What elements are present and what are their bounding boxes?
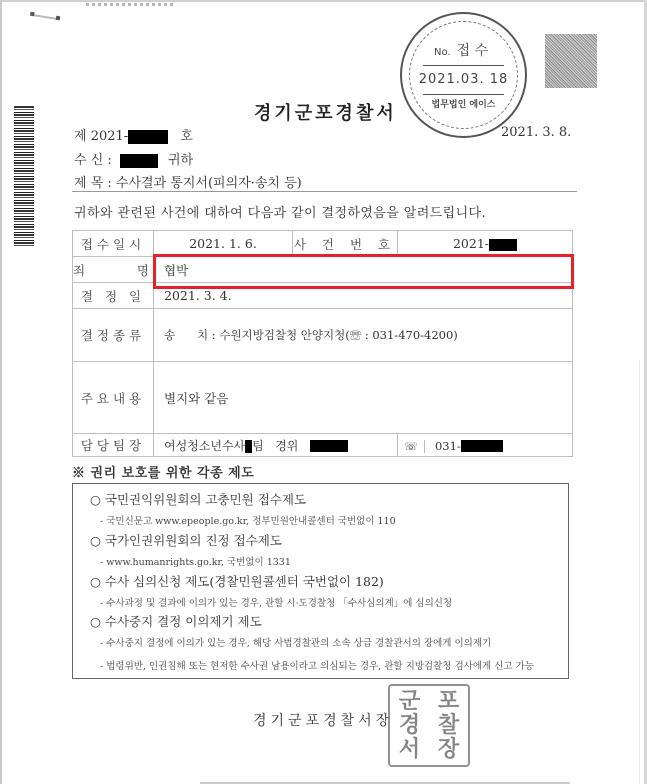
scan-artifact bbox=[639, 360, 640, 784]
rights-sub: - 수사과정 및 결과에 이의가 있는 경우, 관할 시·도경찰청 「수사심의계… bbox=[100, 595, 452, 609]
rights-sub: - 법령위반, 인권침해 또는 현저한 수사권 남용이라고 의심되는 경우, 관… bbox=[100, 658, 534, 672]
main-content-value: 별지와 같음 bbox=[154, 362, 573, 434]
seal-char: 경 bbox=[390, 714, 429, 738]
seal-char: 찰 bbox=[429, 714, 468, 738]
rights-heading: ※ 권리 보호를 위한 각종 제도 bbox=[72, 462, 254, 481]
case-number-value: 2021- bbox=[398, 231, 573, 257]
official-seal-icon: 군 포 경 찰 서 장 bbox=[388, 684, 470, 767]
phone-icon: ☏ bbox=[398, 440, 425, 453]
rights-sub: - 국민신문고 www.epeople.go.kr, 정부민원안내콜센터 국번없… bbox=[100, 513, 396, 527]
subject-label: 제 목 : bbox=[74, 176, 112, 191]
case-number-label: 사 건 번 호 bbox=[293, 231, 398, 257]
table-row: 주요내용 별지와 같음 bbox=[73, 362, 573, 434]
phone-cell: ☏ 031- bbox=[398, 434, 573, 457]
page-edge bbox=[0, 0, 2, 784]
rights-sub: - 수사중지 결정에 이의가 있는 경우, 해당 사법경찰관의 소속 상급 경찰… bbox=[100, 635, 491, 649]
stamp-number: No.접 수 bbox=[434, 40, 488, 60]
highlight-box bbox=[153, 254, 574, 289]
stamp-date: 2021.03. 18 bbox=[402, 72, 525, 87]
table-row: 담당팀장 여성청소년수사팀 경위 ☏ 031- bbox=[73, 434, 573, 457]
divider bbox=[72, 191, 577, 192]
rights-sub: - www.humanrights.go.kr, 국번없이 1331 bbox=[100, 554, 291, 568]
intro-text: 귀하와 관련된 사건에 대하여 다음과 같이 결정하였음을 알려드립니다. bbox=[74, 202, 486, 221]
phone-prefix: 031- bbox=[435, 439, 461, 453]
scan-artifact bbox=[86, 3, 176, 6]
document-date: 2021. 3. 8. bbox=[501, 125, 571, 140]
recipient-line: 수 신 : 귀하 bbox=[74, 149, 193, 168]
rights-item: ○ 국민권익위원회의 고충민원 접수제도 bbox=[90, 490, 306, 508]
redaction bbox=[461, 440, 503, 452]
redaction bbox=[310, 440, 348, 452]
rights-box: ○ 국민권익위원회의 고충민원 접수제도 - 국민신문고 www.epeople… bbox=[72, 483, 569, 679]
staple-mark-icon bbox=[32, 14, 58, 20]
document-number: 제 2021- 호 bbox=[74, 125, 193, 144]
subject-text: 수사결과 통지서(피의자·송치 등) bbox=[116, 176, 302, 191]
redaction bbox=[128, 130, 168, 144]
table-row: 접수일시 2021. 1. 6. 사 건 번 호 2021- bbox=[73, 231, 573, 257]
seal-char: 장 bbox=[429, 738, 468, 762]
stamp-firm: 법무법인 에이스 bbox=[402, 97, 525, 110]
barcode-icon bbox=[14, 106, 34, 248]
main-content-label: 주요내용 bbox=[73, 362, 154, 434]
seal-char: 포 bbox=[429, 690, 468, 714]
team-leader-label: 담당팀장 bbox=[73, 434, 154, 457]
qr-code-icon bbox=[545, 34, 597, 88]
doc-number-suffix: 호 bbox=[180, 129, 193, 144]
recipient-suffix: 귀하 bbox=[168, 153, 193, 168]
document-title: 경기군포경찰서 bbox=[254, 99, 397, 125]
team-name-rank: 팀 경위 bbox=[252, 439, 298, 453]
rights-item: ○ 국가인권위원회의 진정 접수제도 bbox=[90, 531, 282, 549]
redaction bbox=[120, 154, 158, 168]
received-label: 접수일시 bbox=[73, 231, 154, 257]
decision-type-label: 결정종류 bbox=[73, 309, 154, 362]
decision-type-value: 송 치 : 수원지방검찰청 안양지청(☏ : 031-470-4200) bbox=[154, 309, 573, 362]
team-name-prefix: 여성청소년수사 bbox=[164, 439, 245, 453]
charge-label: 죄 명 bbox=[73, 257, 154, 283]
stamp-divider bbox=[423, 65, 504, 66]
seal-char: 서 bbox=[390, 738, 429, 762]
team-leader-value: 여성청소년수사팀 경위 bbox=[154, 434, 398, 457]
issuer-name: 경기군포경찰서장 bbox=[253, 710, 393, 730]
recipient-label: 수 신 : bbox=[74, 153, 112, 168]
stamp-divider bbox=[423, 94, 504, 95]
receipt-stamp: No.접 수 2021.03. 18 법무법인 에이스 bbox=[400, 12, 527, 138]
rights-item: ○ 수사중지 결정 이의제기 제도 bbox=[90, 612, 262, 630]
rights-item: ○ 수사 심의신청 제도(경찰민원콜센터 국번없이 182) bbox=[90, 572, 384, 590]
table-row: 결정종류 송 치 : 수원지방검찰청 안양지청(☏ : 031-470-4200… bbox=[73, 309, 573, 362]
redaction bbox=[489, 239, 517, 251]
case-number-prefix: 2021- bbox=[453, 236, 489, 251]
doc-number-prefix: 제 2021- bbox=[74, 129, 128, 144]
subject-line: 제 목 : 수사결과 통지서(피의자·송치 등) bbox=[74, 172, 302, 191]
seal-char: 군 bbox=[390, 690, 429, 714]
decision-date-label: 결 정 일 bbox=[73, 283, 154, 309]
page-edge bbox=[0, 0, 647, 2]
received-value: 2021. 1. 6. bbox=[154, 231, 293, 257]
